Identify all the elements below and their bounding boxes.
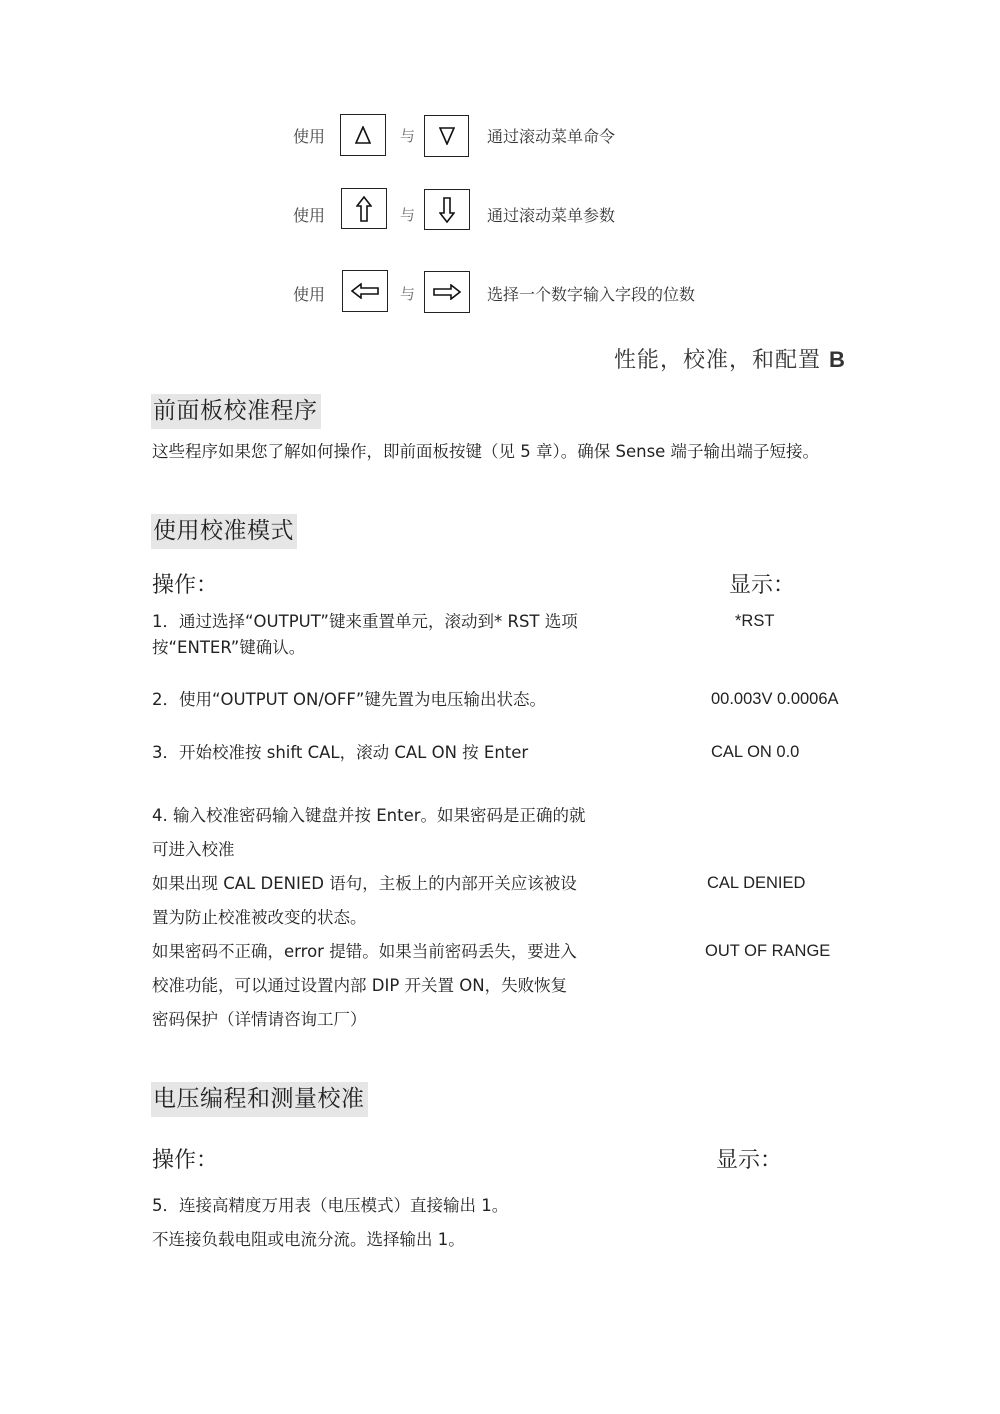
right-arrow-key <box>424 271 470 313</box>
operation-column-header: 操作： <box>152 568 218 599</box>
step-text-line: 可进入校准 <box>152 839 235 861</box>
section-heading-cal-mode: 使用校准模式 <box>151 514 297 549</box>
down-triangle-key <box>424 115 469 157</box>
chapter-letter: B <box>829 347 846 372</box>
use-label: 使用 <box>293 124 325 147</box>
left-arrow-key <box>342 270 388 312</box>
display-value: CAL ON 0.0 <box>711 743 799 762</box>
display-value: *RST <box>735 612 774 631</box>
triangle-down-icon <box>439 127 455 145</box>
step-text-line: 3．开始校准按 shift CAL，滚动 CAL ON 按 Enter <box>152 742 528 764</box>
display-value: OUT OF RANGE <box>705 942 830 961</box>
front-panel-intro: 这些程序如果您了解如何操作，即前面板按键（见 5 章）。确保 Sense 端子输… <box>152 441 819 463</box>
section-heading-voltage-cal: 电压编程和测量校准 <box>151 1082 368 1117</box>
chapter-title: 性能，校准，和配置 B <box>614 343 846 374</box>
and-label: 与 <box>400 125 415 146</box>
and-label: 与 <box>400 204 415 225</box>
down-arrow-key <box>424 189 470 230</box>
step-text-line: 1．通过选择“OUTPUT”键来重置单元，滚动到* RST 选项 <box>152 611 578 633</box>
key-description: 通过滚动菜单参数 <box>487 203 615 226</box>
key-description: 通过滚动菜单命令 <box>487 124 615 147</box>
display-value: 00.003V 0.0006A <box>711 690 839 709</box>
up-arrow-key <box>341 188 387 229</box>
arrow-up-outline-icon <box>356 196 372 222</box>
step-text-line: 校准功能，可以通过设置内部 DIP 开关置 ON，失败恢复 <box>152 975 567 997</box>
triangle-up-icon <box>355 126 371 144</box>
up-triangle-key <box>340 114 386 156</box>
step-text-line: 按“ENTER”键确认。 <box>152 637 305 659</box>
display-column-header: 显示： <box>729 568 795 599</box>
section-heading-front-panel: 前面板校准程序 <box>151 394 321 429</box>
step-text-line: 置为防止校准被改变的状态。 <box>152 907 367 929</box>
use-label: 使用 <box>293 203 325 226</box>
step-text-line: 2．使用“OUTPUT ON/OFF”键先置为电压输出状态。 <box>152 689 546 711</box>
operation-column-header: 操作： <box>152 1143 218 1174</box>
display-column-header: 显示： <box>716 1143 782 1174</box>
step-text-line: 如果密码不正确，error 提错。如果当前密码丢失，要进入 <box>152 941 577 963</box>
arrow-left-outline-icon <box>351 283 379 299</box>
arrow-right-outline-icon <box>433 284 461 300</box>
step-text-line: 4. 输入校准密码输入键盘并按 Enter。如果密码是正确的就 <box>152 805 586 827</box>
display-value: CAL DENIED <box>707 874 805 893</box>
step-text-line: 如果出现 CAL DENIED 语句，主板上的内部开关应该被设 <box>152 873 577 895</box>
use-label: 使用 <box>293 282 325 305</box>
arrow-down-outline-icon <box>439 197 455 223</box>
step-text-line: 密码保护（详情请咨询工厂） <box>152 1009 367 1031</box>
chapter-title-text: 性能，校准，和配置 <box>614 348 821 373</box>
step-text-line: 不连接负载电阻或电流分流。选择输出 1。 <box>152 1229 465 1251</box>
step-text-line: 5．连接高精度万用表（电压模式）直接输出 1。 <box>152 1195 508 1217</box>
key-description: 选择一个数字输入字段的位数 <box>487 282 695 305</box>
and-label: 与 <box>400 283 415 304</box>
